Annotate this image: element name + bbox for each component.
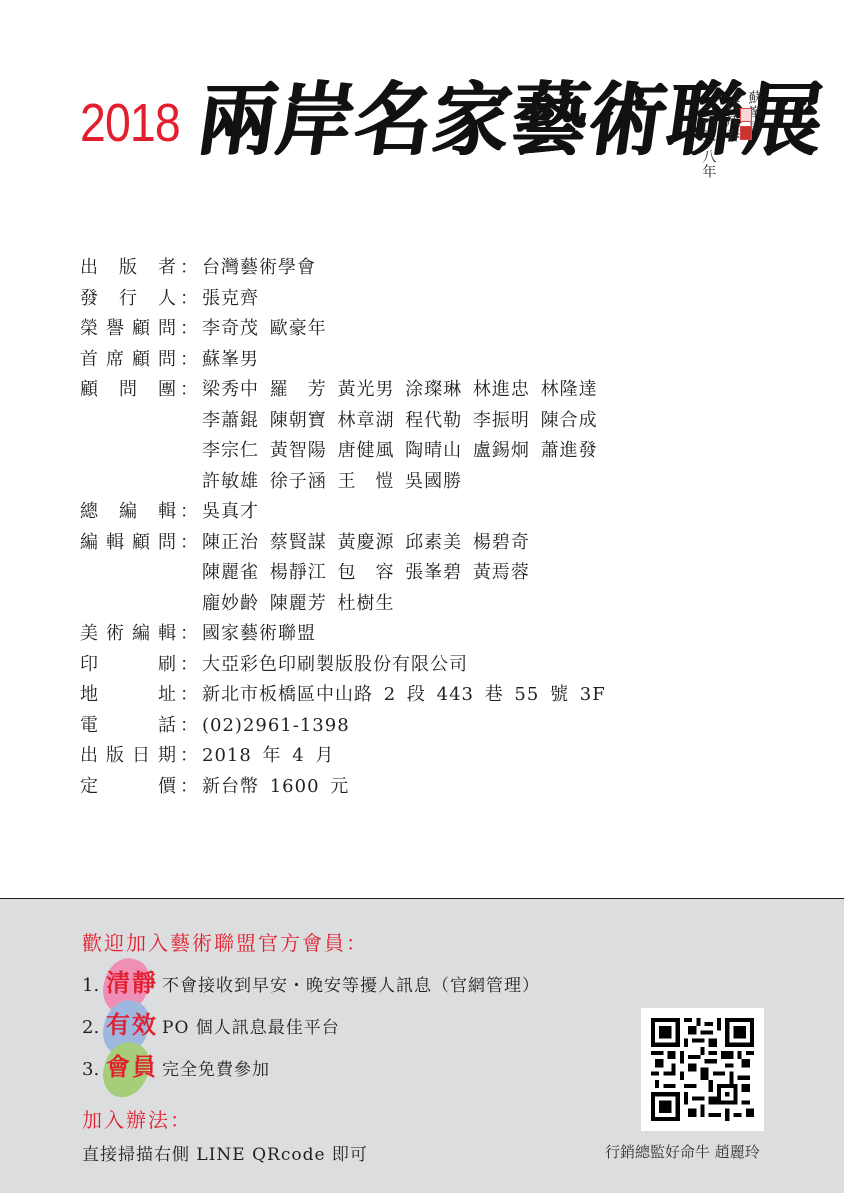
colophon-value: 張克齊 [202,284,259,314]
label-char: 定 [80,772,98,802]
colophon-label: 編輯顧問 [80,528,176,558]
membership-title: 歡迎加入藝術聯盟官方會員： [82,927,368,956]
seal-stamp-icon [740,108,752,122]
label-char: 團 [158,375,176,405]
colon: ： [180,528,198,558]
label-char: 美 [80,619,98,649]
colon: ： [180,253,198,283]
benefit-description: PO 個人訊息最佳平台 [162,1018,340,1038]
colon: ： [180,314,198,344]
colophon-value: 李宗仁 黃智陽 唐健風 陶晴山 盧錫炯 蕭進發 [202,436,598,466]
label-char: 出 [80,253,98,283]
label-char: 顧 [132,528,150,558]
colon: ： [180,345,198,375]
label-char: 印 [80,650,98,680]
colophon-value: 陳麗雀 楊靜江 包 容 張峯碧 黃焉蓉 [202,558,530,588]
signature-line: 二〇一八年 [700,104,715,179]
label-char: 顧 [132,345,150,375]
colon: ： [180,619,198,649]
label-char: 行 [119,284,137,314]
label-char: 輯 [158,619,176,649]
colophon-label: 出版者 [80,253,176,283]
label-char: 發 [80,284,98,314]
qr-caption: 行銷總監好命牛 趙麗玲 [605,1141,760,1162]
label-char: 首 [80,345,98,375]
colophon-value: 李蕭錕 陳朝寶 林章湖 程代勒 李振明 陳合成 [202,406,598,436]
colon: ： [180,497,198,527]
colophon-label: 美術編輯 [80,619,176,649]
colophon-value: 大亞彩色印刷製版股份有限公司 [202,650,468,680]
benefit-item: 3.會員完全免費參加 [82,1050,270,1084]
colon: ： [180,650,198,680]
colon: ： [180,711,198,741]
line-qr-code[interactable] [641,1008,764,1131]
colophon-label: 出版日期 [80,741,176,771]
colon: ： [180,284,198,314]
label-char: 地 [80,680,98,710]
label-char: 人 [158,284,176,314]
colophon-value: 蘇峯男 [202,345,259,375]
label-char: 席 [106,345,124,375]
benefit-description: 完全免費參加 [162,1060,270,1080]
colophon-label: 首席顧問 [80,345,176,375]
label-char: 編 [132,619,150,649]
label-char: 問 [119,375,137,405]
colophon-label: 顧問團 [80,375,176,405]
label-char: 編 [119,497,137,527]
colophon-value: 陳正治 蔡賢謀 黃慶源 邱素美 楊碧奇 [202,528,530,558]
artist-signature: 蘇峯男 戊戌春 二〇一八年 [692,90,772,190]
label-char: 刷 [158,650,176,680]
colophon-label: 總編輯 [80,497,176,527]
colophon-value: 台灣藝術學會 [202,253,316,283]
label-char: 期 [158,741,176,771]
benefit-item: 1.清靜不會接收到早安・晚安等擾人訊息（官網管理） [82,966,540,1000]
colon: ： [180,680,198,710]
label-char: 問 [158,528,176,558]
label-char: 價 [158,772,176,802]
label-char: 輯 [158,497,176,527]
seal-stamp-icon [740,126,752,140]
colophon-value: 許敏雄 徐子涵 王 愷 吳國勝 [202,467,462,497]
colon: ： [180,741,198,771]
benefit-highlight: 清靜 [106,966,158,1000]
label-char: 電 [80,711,98,741]
label-char: 問 [158,345,176,375]
benefit-highlight: 有效 [106,1008,158,1042]
label-char: 顧 [132,314,150,344]
colophon-value: 吳真才 [202,497,259,527]
colophon-value: 新北市板橋區中山路 2 段 443 巷 55 號 3F [202,680,606,710]
label-char: 總 [80,497,98,527]
label-char: 日 [132,741,150,771]
label-char: 顧 [80,375,98,405]
colophon-value: 梁秀中 羅 芳 黃光男 涂璨琳 林進忠 林隆達 [202,375,598,405]
colon: ： [180,375,198,405]
join-method-description: 直接掃描右側 LINE QRcode 即可 [82,1140,368,1165]
label-char: 址 [158,680,176,710]
label-char: 問 [158,314,176,344]
colophon-label: 印刷 [80,650,176,680]
colophon-label: 地址 [80,680,176,710]
label-char: 榮 [80,314,98,344]
colophon-value: 新台幣 1600 元 [202,772,349,802]
label-char: 版 [119,253,137,283]
label-char: 輯 [106,528,124,558]
benefit-item: 2.有效PO 個人訊息最佳平台 [82,1008,340,1042]
join-method-title: 加入辦法： [82,1104,192,1133]
colophon-label: 定價 [80,772,176,802]
benefit-highlight: 會員 [106,1050,158,1084]
label-char: 譽 [106,314,124,344]
label-char: 版 [106,741,124,771]
colophon-value: 2018 年 4 月 [202,741,334,771]
label-char: 者 [158,253,176,283]
colophon-label: 發行人 [80,284,176,314]
colophon-value: 李奇茂 歐豪年 [202,314,327,344]
label-char: 出 [80,741,98,771]
title-banner: 2018 兩岸名家藝術聯展 蘇峯男 戊戌春 二〇一八年 [0,0,844,230]
qr-code-icon [651,1018,754,1121]
label-char: 話 [158,711,176,741]
label-char: 編 [80,528,98,558]
title-year: 2018 [80,96,180,150]
colophon-label: 電話 [80,711,176,741]
colophon-value: (02)2961-1398 [202,711,350,741]
label-char: 術 [106,619,124,649]
colophon-value: 國家藝術聯盟 [202,619,316,649]
signature-line: 戊戌春 [724,98,739,143]
colophon-label: 榮譽顧問 [80,314,176,344]
colophon-value: 龐妙齡 陳麗芳 杜樹生 [202,589,394,619]
benefit-description: 不會接收到早安・晚安等擾人訊息（官網管理） [162,976,540,996]
colon: ： [180,772,198,802]
